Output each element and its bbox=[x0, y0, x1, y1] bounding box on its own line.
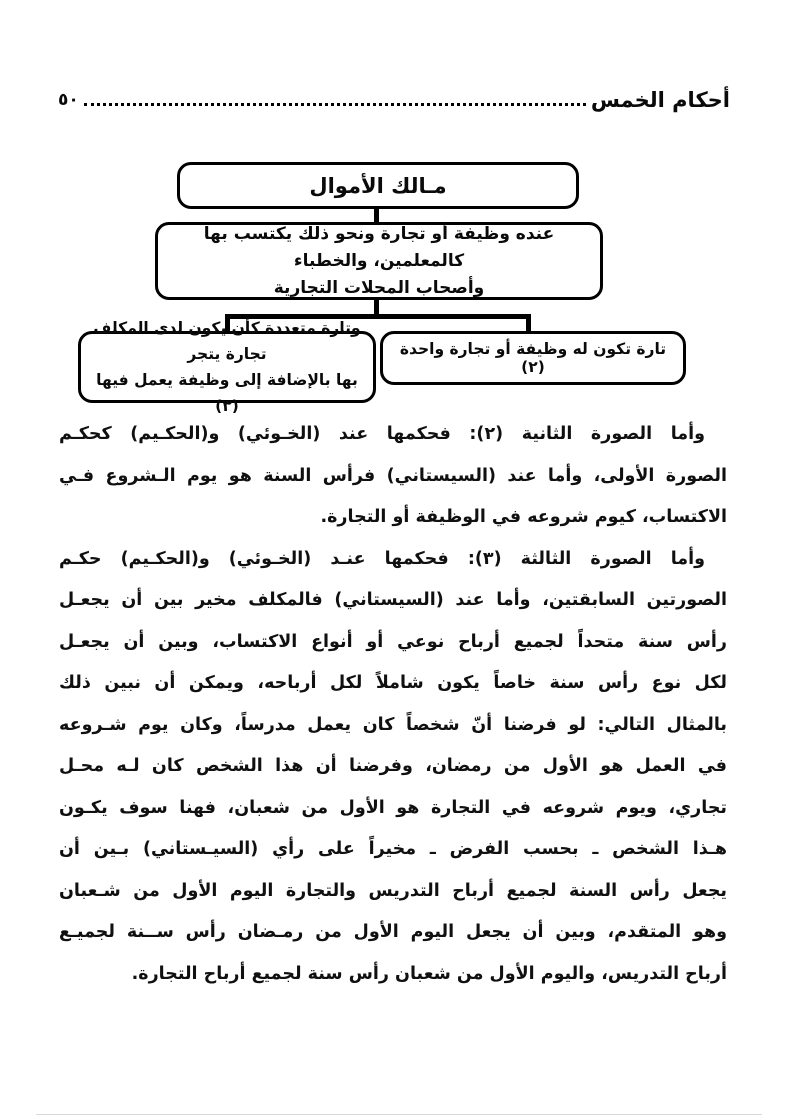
body-line: الاكتساب، كيوم شروعه في الوظيفة أو التجا… bbox=[59, 497, 727, 539]
body-line: الصورة الأولى، وأما عند (السيستاني) فرأس… bbox=[59, 456, 727, 498]
page-number: ٥٠ bbox=[58, 90, 79, 112]
page-header: أحكام الخمس ٥٠ bbox=[58, 88, 730, 112]
book-page: أحكام الخمس ٥٠ مـالك الأموال عنده وظيفة … bbox=[0, 0, 786, 1120]
body-text: وأما الصورة الثانية (٢): فحكمها عند (الخ… bbox=[59, 414, 727, 995]
body-line: يجعل رأس السنة لجميع أرباح التدريس والتج… bbox=[59, 871, 727, 913]
body-line: تجاري، ويوم شروعه في التجارة هو الأول من… bbox=[59, 788, 727, 830]
body-line: أرباح التدريس، واليوم الأول من شعبان رأس… bbox=[59, 954, 727, 996]
body-line: وهو المتقدم، وبين أن يجعل اليوم الأول من… bbox=[59, 912, 727, 954]
scan-edge-artifact bbox=[36, 1114, 762, 1115]
flowchart-description-line1: عنده وظيفة أو تجارة ونحو ذلك يكتسب بها ك… bbox=[168, 221, 590, 275]
flowchart-case-multiple-line1: وتارة متعددة كأن يكون لدى المكلف تجارة ي… bbox=[89, 315, 365, 367]
body-line: وأما الصورة الثانية (٢): فحكمها عند (الخ… bbox=[59, 414, 727, 456]
flowchart-case-multiple-box: وتارة متعددة كأن يكون لدى المكلف تجارة ي… bbox=[78, 331, 376, 403]
body-line: بالمثال التالي: لو فرضنا أنّ شخصاً كان ي… bbox=[59, 705, 727, 747]
body-line: في العمل هو الأول من رمضان، وفرضنا أن هذ… bbox=[59, 746, 727, 788]
flowchart-description-line2: وأصحاب المحلات التجارية bbox=[274, 275, 485, 302]
flowchart-root-box: مـالك الأموال bbox=[177, 162, 579, 209]
body-line: هـذا الشخص ـ بحسب الفرض ـ مخيراً على رأي… bbox=[59, 829, 727, 871]
flowchart-case-single-box: تارة تكون له وظيفة أو تجارة واحدة (٢) bbox=[380, 331, 686, 385]
body-line: رأس سنة متحداً لجميع أرباح نوعي أو أنواع… bbox=[59, 622, 727, 664]
flowchart-case-multiple-line2: بها بالإضافة إلى وظيفة يعمل فيها (٣) bbox=[89, 367, 365, 419]
body-line: الصورتين السابقتين، وأما عند (السيستاني)… bbox=[59, 580, 727, 622]
body-line: وأما الصورة الثالثة (٣): فحكمها عنـد (ال… bbox=[59, 539, 727, 581]
flowchart-description-box: عنده وظيفة أو تجارة ونحو ذلك يكتسب بها ك… bbox=[155, 222, 603, 300]
flowchart-root-label: مـالك الأموال bbox=[309, 174, 446, 198]
flowchart-case-single-label: تارة تكون له وظيفة أو تجارة واحدة (٢) bbox=[391, 340, 675, 376]
dotted-leader bbox=[84, 103, 586, 106]
body-line: لكل نوع رأس سنة خاصاً يكون شاملاً لكل أر… bbox=[59, 663, 727, 705]
running-title: أحكام الخمس bbox=[591, 88, 730, 112]
